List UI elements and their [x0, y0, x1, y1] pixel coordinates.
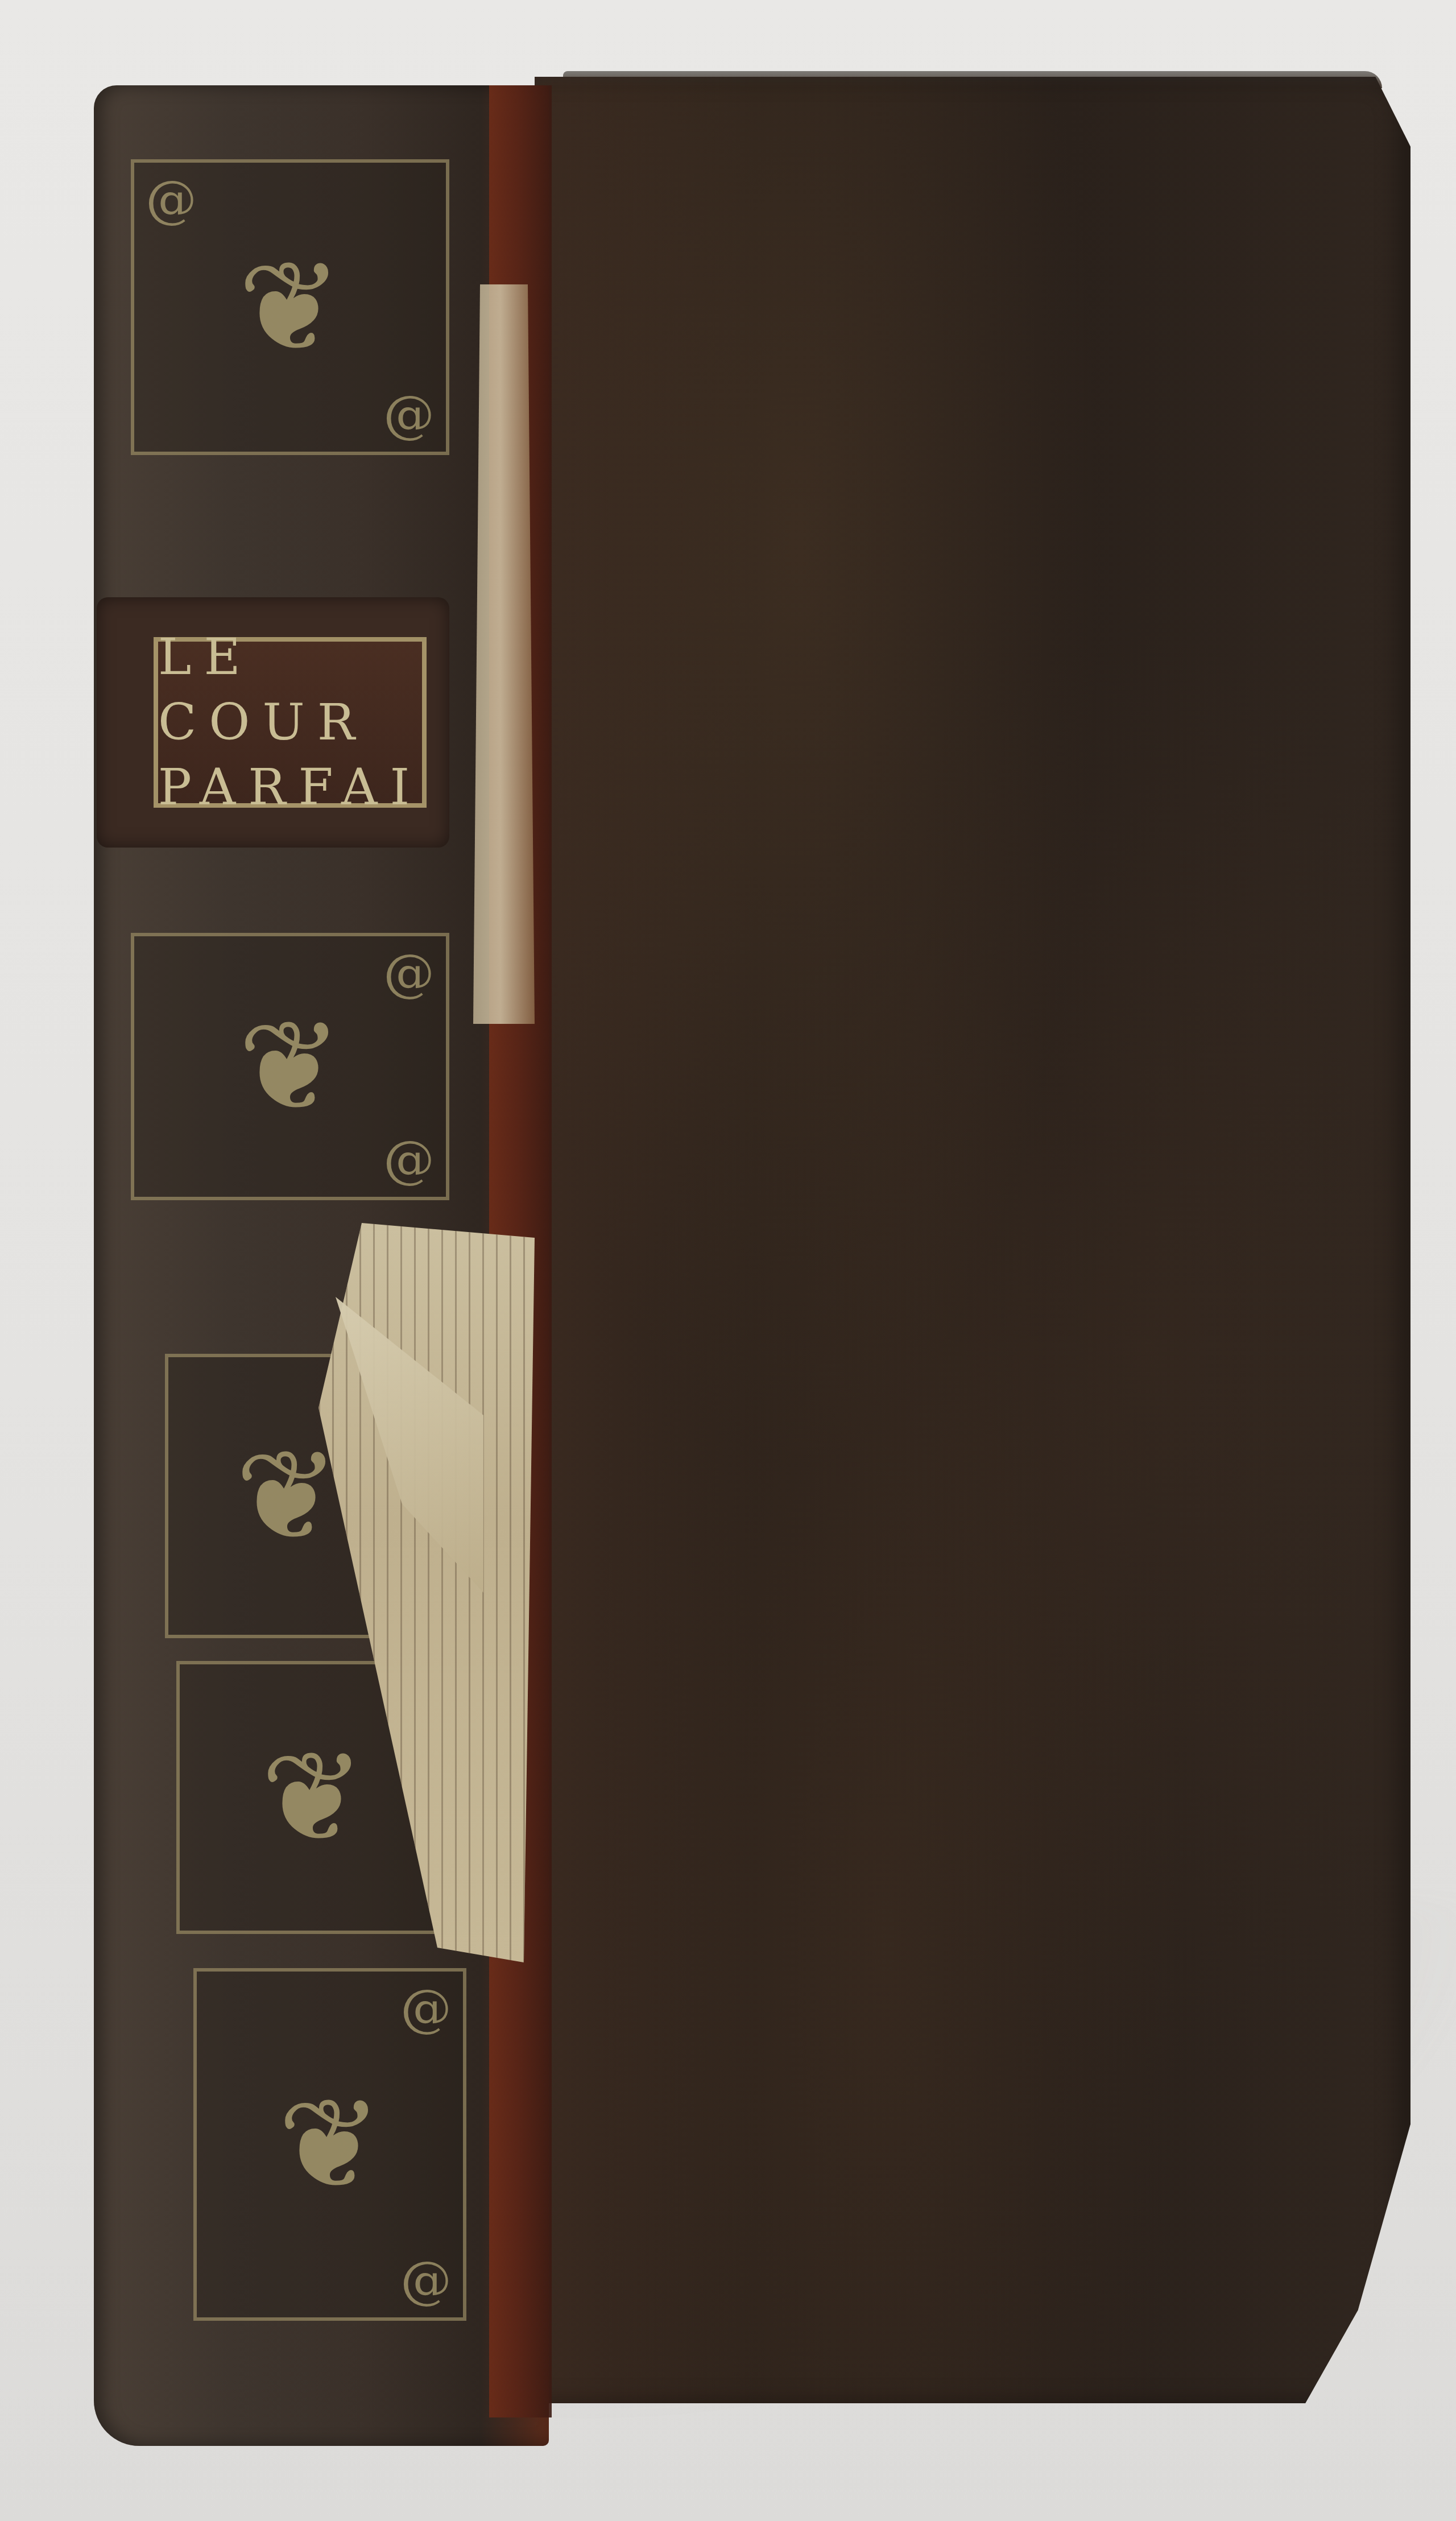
spine-title-line-1: LE COUR	[158, 625, 422, 755]
scroll-icon: @	[383, 1134, 435, 1185]
scroll-icon: @	[383, 948, 435, 999]
scroll-icon: @	[400, 2255, 452, 2306]
front-cover	[535, 77, 1410, 2403]
scroll-icon: @	[146, 174, 197, 225]
spine-label-compartment: LE COUR PARFAI	[97, 597, 449, 848]
photo-scene: ❦ @ @ LE COUR PARFAI ❦ @ @ ❦ ❦ @ ❦ @ @	[0, 0, 1456, 2521]
spine-panel-6: ❦ @ @	[193, 1968, 466, 2321]
spine-title-line-2: PARFAI	[158, 755, 423, 820]
scroll-icon: @	[383, 389, 435, 440]
spine-panel-3: ❦ @ @	[131, 933, 449, 1200]
scroll-icon: @	[400, 1983, 452, 2034]
spine-title-label: LE COUR PARFAI	[154, 637, 427, 808]
spine-panel-1: ❦ @ @	[131, 159, 449, 455]
